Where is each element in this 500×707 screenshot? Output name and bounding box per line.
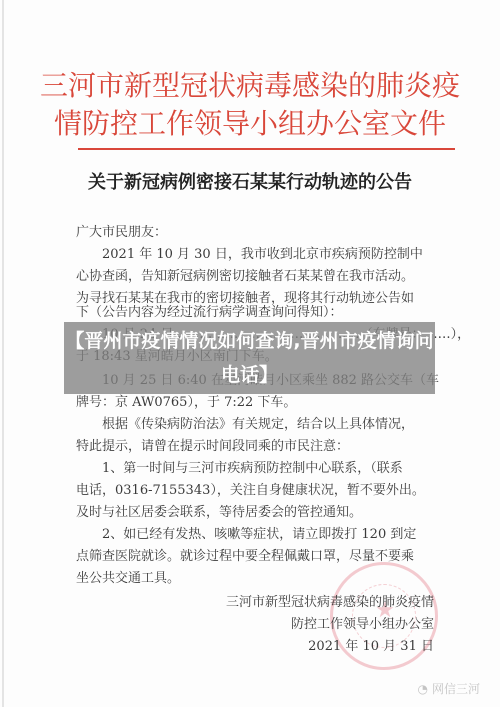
salutation: 广大市民朋友： [76,222,432,244]
watermark-text: 网信三河 [432,680,480,697]
body-line: 2021 年 10 月 30 日，我市收到北京市疾病预防控制中 [76,244,458,266]
body-line: 下（公告内容为经过流行病学调查询问得知）： [76,302,432,324]
signature-org-line2: 防控工作领导小组办公室 [291,614,434,636]
body-line: 牌号：京 AW0765），于 7:22 下车。 [76,392,432,414]
red-divider [78,148,455,150]
signature-date: 2021 年 10 月 31 日 [308,636,434,658]
watermark: ◔ 网信三河 [418,680,481,697]
wechat-icon: ◔ [418,682,428,696]
body-line: 心协查函，告知新冠病例密切接触者石某某曾在我市活动。 [76,266,432,288]
body-line: 根据《传染病防治法》有关规定，结合以上具体情况， [76,414,458,436]
overlay-title[interactable]: 【晋州市疫情情况如何查询,晋州市疫情询问电话】 [64,324,435,392]
header-title-line1: 三河市新型冠状病毒感染的肺炎疫 [0,67,500,105]
header-title-line2: 情防控工作领导小组办公室文件 [0,105,500,143]
body-line: 及时与社区居委会联系，等待居委会的管控通知。 [76,502,432,524]
body-line: 2、如已经有发热、咳嗽等症状，请立即拨打 120 到定 [76,524,458,546]
notice-title: 关于新冠病例密接石某某行动轨迹的公告 [0,170,500,196]
body-line: 特此提示，请曾在提示时间段同乘的市民注意： [76,436,432,458]
body-line: 电话，0316-7155343），关注自身健康状况，暂不要外出。 [76,480,432,502]
body-line: 1、第一时间与三河市疾病预防控制中心联系，（联系 [76,458,458,480]
signature-org-line1: 三河市新型冠状病毒感染的肺炎疫情 [226,592,434,614]
